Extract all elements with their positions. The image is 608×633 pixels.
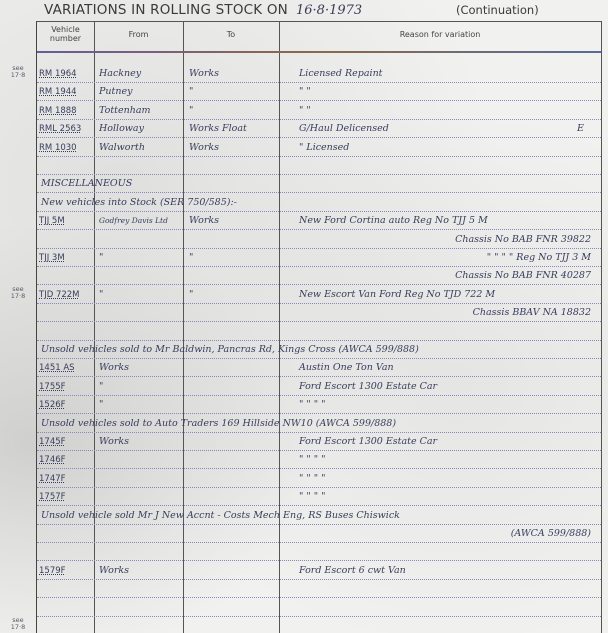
ruled-line (37, 560, 601, 561)
reason-cell: Licensed Repaint (299, 68, 383, 80)
vehicle-number-cell: 1526F (39, 399, 66, 411)
to-cell: " (189, 289, 193, 301)
ruled-line (37, 505, 601, 506)
ruled-line (37, 266, 601, 267)
from-cell: Holloway (99, 123, 144, 135)
ruled-line (37, 524, 601, 525)
variations-table: Vehicle number From To Reason for variat… (36, 21, 602, 633)
ruled-line (37, 321, 601, 322)
ruled-line (37, 450, 601, 451)
to-cell: Works (189, 142, 219, 154)
reason-cell: Austin One Ton Van (299, 362, 394, 374)
page-date: 16·8·1973 (296, 3, 362, 18)
section-heading: New vehicles into Stock (SER 750/585):- (41, 197, 237, 209)
from-cell: Works (99, 362, 129, 374)
from-cell: Walworth (99, 142, 145, 154)
reason-cell: New Escort Van Ford Reg No TJD 722 M (299, 289, 495, 301)
page-title: VARIATIONS IN ROLLING STOCK ON (44, 2, 288, 18)
vehicle-number-cell: RM 1964 (39, 68, 77, 80)
vehicle-number-cell: 1579F (39, 565, 66, 577)
from-cell: Works (99, 436, 129, 448)
reason-cell: Ford Escort 1300 Estate Car (299, 436, 437, 448)
reason-cell: (AWCA 599/888) (511, 528, 591, 540)
ruled-line (37, 340, 601, 341)
vehicle-number-cell: 1757F (39, 491, 66, 503)
from-cell: Putney (99, 86, 132, 98)
vehicle-number-cell: RM 1888 (39, 105, 77, 117)
ruled-line (37, 192, 601, 193)
ruled-line (37, 597, 601, 598)
margin-note: see 17·8 (6, 286, 30, 300)
ruled-line (37, 616, 601, 617)
from-cell: Hackney (99, 68, 141, 80)
vehicle-number-cell: TJD 722M (39, 289, 80, 301)
from-cell: Tottenham (99, 105, 151, 117)
vehicle-number-cell: RML 2563 (39, 123, 81, 135)
from-cell: " (99, 252, 103, 264)
margin-note: see 17·8 (6, 65, 30, 79)
ruled-line (37, 211, 601, 212)
ruled-line (37, 542, 601, 543)
vehicle-number-cell: TJJ 3M (39, 252, 65, 264)
reason-cell: " " " " (299, 454, 326, 466)
ruled-line (37, 579, 601, 580)
section-heading: Unsold vehicles sold to Auto Traders 169… (41, 418, 396, 430)
margin-note: see 17·8 (6, 617, 30, 631)
ruled-line (37, 487, 601, 488)
reason-cell: New Ford Cortina auto Reg No TJJ 5 M (299, 215, 488, 227)
vehicle-number-cell: TJJ 5M (39, 215, 65, 227)
ruled-line (37, 432, 601, 433)
vehicle-number-cell: 1755F (39, 381, 66, 393)
reason-cell: G/Haul Delicensed (299, 123, 389, 135)
reason-cell: Chassis No BAB FNR 40287 (455, 270, 591, 282)
ruled-line (37, 229, 601, 230)
reason-cell: " " (299, 105, 311, 117)
from-cell: " (99, 381, 103, 393)
continuation-label: (Continuation) (456, 3, 539, 17)
to-cell: Works (189, 215, 219, 227)
from-cell: " (99, 289, 103, 301)
reason-cell: Chassis BBAV NA 18832 (473, 307, 591, 319)
ruled-line (37, 248, 601, 249)
ruled-line (37, 82, 601, 83)
reason-cell: " " " " (299, 473, 326, 485)
to-cell: " (189, 105, 193, 117)
section-heading: Unsold vehicle sold Mr J New Accnt - Cos… (41, 510, 400, 522)
reason-cell: " " " " (299, 491, 326, 503)
from-cell: Godfrey Davis Ltd (99, 215, 168, 227)
from-cell: Works (99, 565, 129, 577)
ruled-line (37, 284, 601, 285)
header-rule (37, 51, 601, 53)
section-heading: MISCELLANEOUS (41, 178, 132, 190)
column-header-vehicle-number: Vehicle number (37, 25, 94, 43)
vehicle-number-cell: 1745F (39, 436, 66, 448)
ruled-line (37, 174, 601, 175)
section-heading: Unsold vehicles sold to Mr Baldwin, Panc… (41, 344, 419, 356)
column-header-to: To (183, 30, 279, 39)
reason-cell: Chassis No BAB FNR 39822 (455, 234, 591, 246)
ruled-line (37, 395, 601, 396)
ruled-line (37, 100, 601, 101)
vehicle-number-cell: 1746F (39, 454, 66, 466)
ruled-line (37, 358, 601, 359)
column-header-reason: Reason for variation (279, 30, 601, 39)
ruled-line (37, 137, 601, 138)
vehicle-number-cell: 1747F (39, 473, 66, 485)
ruled-line (37, 119, 601, 120)
ruled-line (37, 303, 601, 304)
vehicle-number-cell: 1451 AS (39, 362, 75, 374)
reason-cell: " " " " Reg No TJJ 3 M (487, 252, 591, 264)
reason-cell: " Licensed (299, 142, 349, 154)
ruled-line (37, 376, 601, 377)
ruled-line (37, 156, 601, 157)
reason-cell: " " (299, 86, 311, 98)
vehicle-number-cell: RM 1944 (39, 86, 77, 98)
reason-cell: " " " " (299, 399, 326, 411)
vehicle-number-cell: RM 1030 (39, 142, 77, 154)
from-cell: " (99, 399, 103, 411)
to-cell: Works Float (189, 123, 247, 135)
to-cell: " (189, 86, 193, 98)
reason-cell: Ford Escort 1300 Estate Car (299, 381, 437, 393)
to-cell: Works (189, 68, 219, 80)
reason-cell: Ford Escort 6 cwt Van (299, 565, 406, 577)
ledger-page: VARIATIONS IN ROLLING STOCK ON 16·8·1973… (0, 0, 608, 633)
column-header-from: From (94, 30, 183, 39)
ruled-line (37, 413, 601, 414)
to-cell: " (189, 252, 193, 264)
ruled-line (37, 468, 601, 469)
annotation-mark: E (577, 123, 584, 135)
